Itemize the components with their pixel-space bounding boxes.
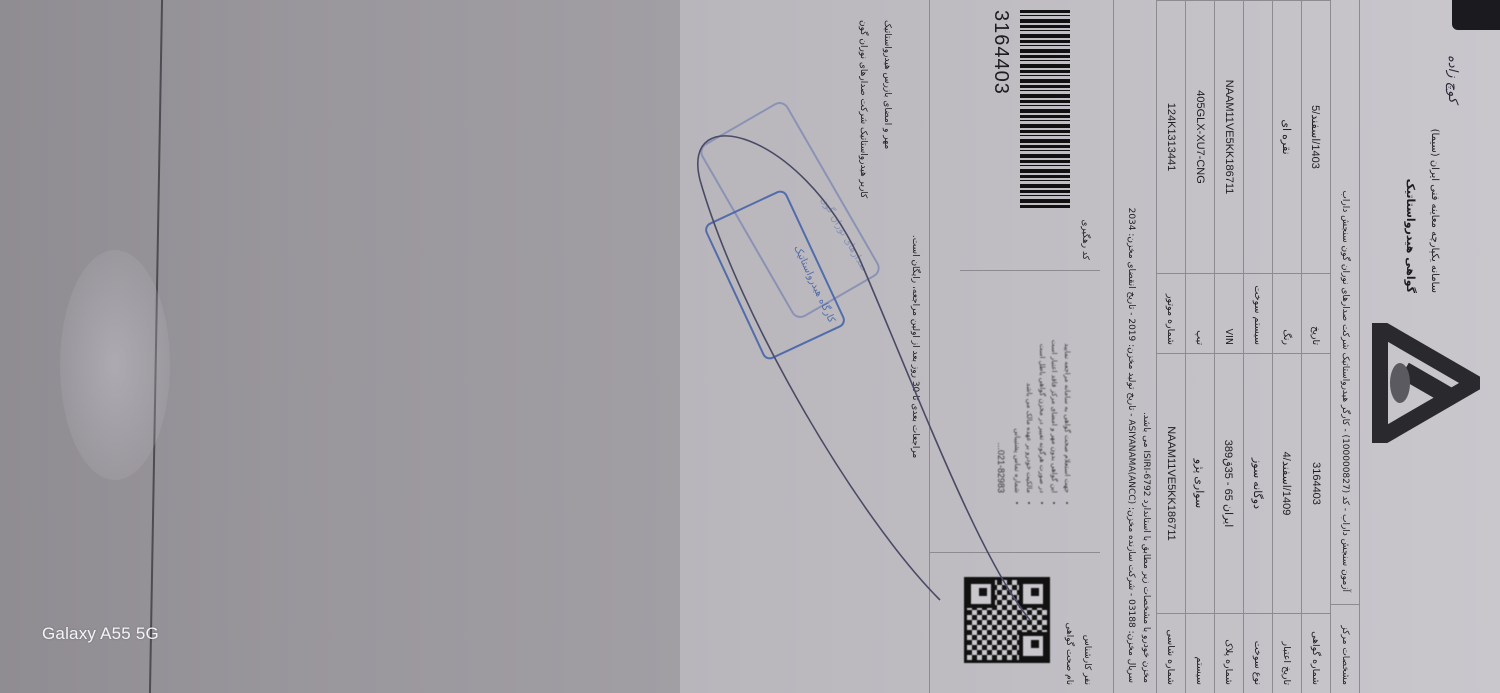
qr-code[interactable] [964, 577, 1050, 663]
note-item: جهت استعلام صحت گواهی به سامانه مراجعه ن… [1061, 233, 1074, 493]
handwritten-note: کوچ زاده [1445, 55, 1460, 103]
certificate-header: سامانه یکپارچه معاینه فنی ایران (سیما) گ… [1360, 0, 1500, 693]
certificate-table: مشخصات مرکز آزمون سنجش داراب - کد (10000… [1113, 0, 1360, 693]
hydrostatic-logo-icon [1370, 323, 1480, 443]
support-phone: 021-82983... [995, 233, 1008, 493]
field-label: شماره شاسی [1156, 613, 1185, 693]
field-label: تیپ [1185, 273, 1214, 353]
field-value: 3164403 [1301, 353, 1330, 613]
tank-statement: مخزن خودرو با مشخصات زیر مطابق با استاند… [1113, 0, 1156, 693]
field-label: VIN [1214, 273, 1243, 353]
stamp-signature-label: مهر و امضای بازرس هیدرواستاتیک [882, 20, 892, 149]
field-value: 1409/اسفند/4 [1272, 353, 1301, 613]
note-item: در صورت هرگونه تغییر در مخزن گواهی باطل … [1036, 233, 1049, 493]
inspector-label: نفر کارشناس [1082, 635, 1092, 685]
statement-line-1: مخزن خودرو با مشخصات زیر مطابق با استاند… [1138, 10, 1153, 683]
field-value: دوگانه سوز [1243, 353, 1272, 613]
note-item: مالکیت خودرو بر عهده مالک می باشد [1023, 233, 1036, 493]
field-value: ایران 65 - 35ق389 [1214, 353, 1243, 613]
signature-area: مهر و امضای بازرس هیدرواستاتیک کاربر هید… [680, 0, 900, 693]
field-label: نوع سوخت [1243, 613, 1272, 693]
field-value: نقره ای [1272, 0, 1301, 273]
barcode [1020, 10, 1070, 210]
field-label: سیستم سوخت [1243, 273, 1272, 353]
center-info-row: مشخصات مرکز آزمون سنجش داراب - کد (10000… [1330, 0, 1359, 693]
field-value: سواری پژو [1185, 353, 1214, 613]
field-label: شماره پلاک [1214, 613, 1243, 693]
field-label: رنگ [1272, 273, 1301, 353]
field-value: 124K1313441 [1156, 0, 1185, 273]
footer-note: مراجعات بعدی تا 30 روز بعد از اولین مراج… [910, 0, 920, 693]
field-label: سیستم [1185, 613, 1214, 693]
field-value: NAAM11VE5KK186711 [1156, 353, 1185, 613]
header-titles: سامانه یکپارچه معاینه فنی ایران (سیما) گ… [1392, 129, 1440, 293]
camera-watermark: Galaxy A55 5G [42, 624, 159, 644]
issuer-label: نام صحت گواهی [1064, 622, 1074, 685]
system-title: سامانه یکپارچه معاینه فنی ایران (سیما) [1429, 129, 1440, 293]
field-value: 1403/اسفند/5 [1301, 0, 1330, 273]
operator-label: کاربر هیدرواستاتیک شرکت صدارهای نوران گو… [858, 20, 868, 198]
certificate-paper: سامانه یکپارچه معاینه فنی ایران (سیما) گ… [680, 0, 1500, 693]
field-value [1243, 0, 1272, 273]
document-photo: سامانه یکپارچه معاینه فنی ایران (سیما) گ… [0, 0, 1500, 693]
qr-block: نفر کارشناس نام صحت گواهی [930, 552, 1100, 693]
tracking-code-label: کد رهگیری [1080, 219, 1090, 260]
field-label: تاریخ [1301, 273, 1330, 353]
field-label: شماره موتور [1156, 273, 1185, 353]
field-value: NAAM11VE5KK186711 [1214, 0, 1243, 273]
center-label: مشخصات مرکز [1331, 604, 1359, 693]
field-label: تاریخ اعتبار [1272, 613, 1301, 693]
field-label: شماره گواهی [1301, 613, 1330, 693]
notes-list: جهت استعلام صحت گواهی به سامانه مراجعه ن… [995, 233, 1073, 533]
statement-line-2: سریال مخزن: 03188 - شرکت سازنده مخزن: AS… [1123, 10, 1138, 683]
center-value: آزمون سنجش داراب - کد (100000827) - کارگ… [1340, 190, 1350, 604]
barcode-number: 3164403 [989, 10, 1012, 95]
field-grid: شماره گواهی3164403تاریخ1403/اسفند/5تاریخ… [1156, 0, 1330, 693]
field-value: 405GLX-XU7-CNG [1185, 0, 1214, 273]
barcode-block: کد رهگیری 3164403 [960, 0, 1100, 271]
note-item: این گواهی بدون مهر و امضای مرکز فاقد اعت… [1048, 233, 1061, 493]
lower-section: نفر کارشناس نام صحت گواهی جهت استعلام صح… [929, 0, 1100, 693]
note-item: شماره تماس پشتیبانی [1011, 233, 1024, 493]
document-title: گواهی هیدرواستاتیک [1404, 129, 1417, 293]
